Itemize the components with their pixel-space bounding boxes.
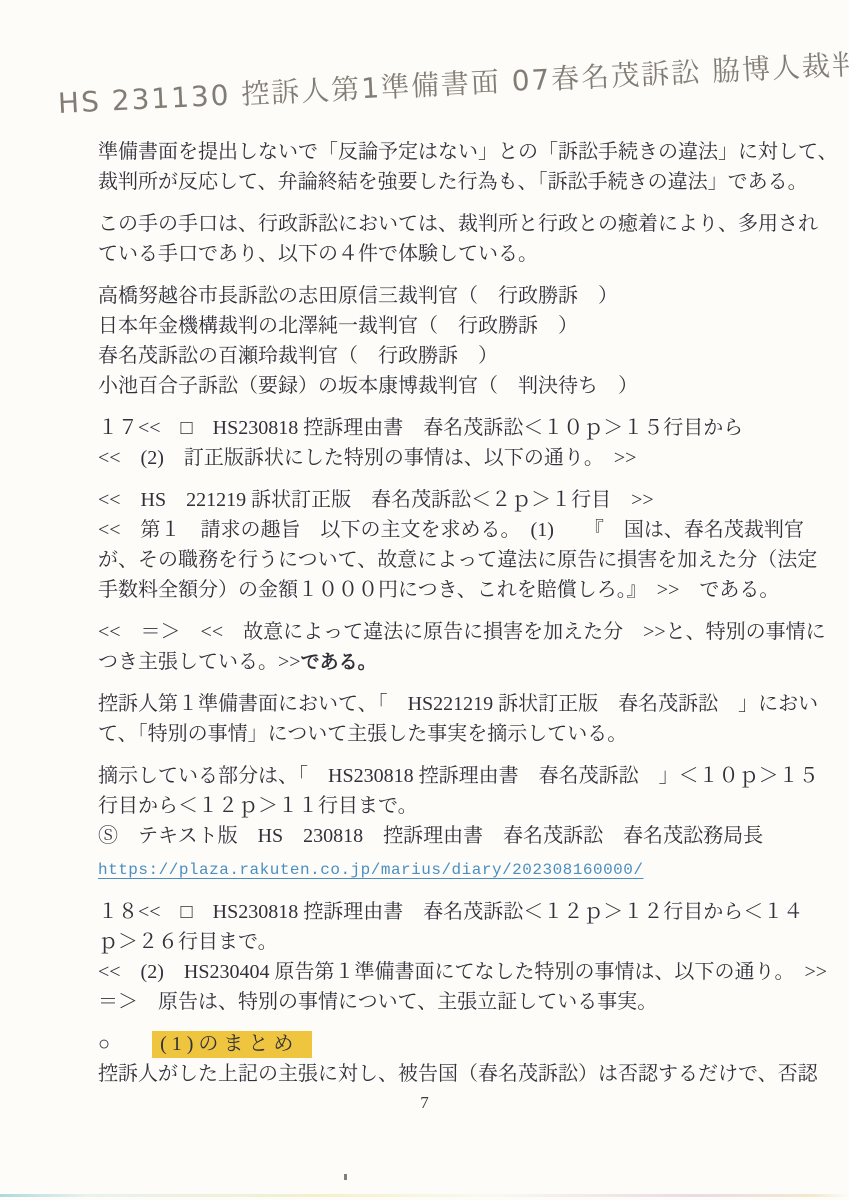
case-list: 高橋努越谷市長訴訟の志田原信三裁判官（ 行政勝訴 ） 日本年金機構裁判の北澤純一…: [98, 281, 790, 401]
paragraph-tactic: この手の手口は、行政訴訟においては、裁判所と行政との癒着により、多用され ている…: [98, 209, 790, 269]
document-body: 準備書面を提出しないで「反論予定はない」との「訴訟手続きの違法」に対して、 裁判…: [98, 137, 790, 1101]
excerpt-reference-block: 摘示している部分は、「 HS230818 控訴理由書 春名茂訴訟 」＜１０ｐ＞１…: [98, 761, 790, 885]
summary-block: ○(1)のまとめ 控訴人がした上記の主張に対し、被告国（春名茂訴訟）は否認するだ…: [98, 1029, 790, 1089]
text-line: つき主張している。>>である。: [98, 647, 790, 677]
text-version-line: Ⓢ テキスト版 HS 230818 控訴理由書 春名茂訴訟 春名茂訟務局長: [98, 821, 790, 851]
scan-edge-artifact: [0, 1194, 849, 1197]
case-list-item: 高橋努越谷市長訴訟の志田原信三裁判官（ 行政勝訴 ）: [98, 281, 790, 311]
text-segment: つき主張している。>>: [98, 651, 301, 673]
reference-link[interactable]: https://plaza.rakuten.co.jp/marius/diary…: [98, 861, 643, 879]
case-list-item: 日本年金機構裁判の北澤純一裁判官（ 行政勝訴 ）: [98, 311, 790, 341]
page-number: 7: [0, 1093, 849, 1113]
text-line: 手数料全額分）の金額１０００円につき、これを賠償しろ。』 >> である。: [98, 575, 790, 605]
case-list-item: 小池百合子訴訟（要録）の坂本康博裁判官（ 判決待ち ）: [98, 371, 790, 401]
text-line: １７<< □ HS230818 控訴理由書 春名茂訴訟＜１０ｐ＞１５行目から: [98, 413, 790, 443]
handwritten-header: HS 231130 控訴人第1準備書面 07春名茂訴訟 脇博人裁判官: [57, 45, 818, 122]
text-line: << (2) 訂正版訴状にした特別の事情は、以下の通り。 >>: [98, 443, 790, 473]
text-line: 準備書面を提出しないで「反論予定はない」との「訴訟手続きの違法」に対して、: [98, 137, 790, 167]
point-17-block: １７<< □ HS230818 控訴理由書 春名茂訴訟＜１０ｐ＞１５行目から <…: [98, 413, 790, 473]
text-line: ている手口であり、以下の４件で体験している。: [98, 239, 790, 269]
summary-body-line: 控訴人がした上記の主張に対し、被告国（春名茂訴訟）は否認するだけで、否認: [98, 1059, 790, 1089]
appellant-brief-paragraph: 控訴人第１準備書面において、「 HS221219 訴状訂正版 春名茂訴訟 」にお…: [98, 689, 790, 749]
highlighted-heading: (1)のまとめ: [152, 1031, 312, 1058]
text-line: ｐ＞２６行目まで。: [98, 927, 790, 957]
reference-link-line: https://plaza.rakuten.co.jp/marius/diary…: [98, 853, 790, 885]
case-list-item: 春名茂訴訟の百瀬玲裁判官（ 行政勝訴 ）: [98, 341, 790, 371]
text-line: １８<< □ HS230818 控訴理由書 春名茂訴訟＜１２ｐ＞１２行目から＜１…: [98, 897, 790, 927]
circle-marker: ○: [98, 1033, 110, 1055]
summary-heading: ○(1)のまとめ: [98, 1029, 790, 1059]
text-line: 摘示している部分は、「 HS230818 控訴理由書 春名茂訴訟 」＜１０ｐ＞１…: [98, 761, 790, 791]
paragraph-procedure-violation: 準備書面を提出しないで「反論予定はない」との「訴訟手続きの違法」に対して、 裁判…: [98, 137, 790, 197]
text-line: 裁判所が反応して、弁論終結を強要した行為も、「訴訟手続きの違法」である。: [98, 167, 790, 197]
point-18-block: １８<< □ HS230818 控訴理由書 春名茂訴訟＜１２ｐ＞１２行目から＜１…: [98, 897, 790, 1017]
text-line: << (2) HS230404 原告第１準備書面にてなした特別の事情は、以下の通…: [98, 957, 790, 987]
text-line: て、「特別の事情」について主張した事実を摘示している。: [98, 719, 790, 749]
petition-quote-block: << HS 221219 訴状訂正版 春名茂訴訟＜２ｐ＞１行目 >> << 第１…: [98, 485, 790, 605]
text-line: << ＝＞ << 故意によって違法に原告に損害を加えた分 >>と、特別の事情に: [98, 617, 790, 647]
text-line: ＝＞ 原告は、特別の事情について、主張立証している事実。: [98, 987, 790, 1017]
text-line: 行目から＜１２ｐ＞１１行目まで。: [98, 791, 790, 821]
scanned-document-page: HS 231130 控訴人第1準備書面 07春名茂訴訟 脇博人裁判官 準備書面を…: [0, 0, 849, 1200]
scan-speck-artifact: [344, 1174, 347, 1180]
text-line: が、その職務を行うについて、故意によって違法に原告に損害を加えた分（法定: [98, 545, 790, 575]
text-line: この手の手口は、行政訴訟においては、裁判所と行政との癒着により、多用され: [98, 209, 790, 239]
text-line: 控訴人第１準備書面において、「 HS221219 訴状訂正版 春名茂訴訟 」にお…: [98, 689, 790, 719]
conclusion-quote-block: << ＝＞ << 故意によって違法に原告に損害を加えた分 >>と、特別の事情に …: [98, 617, 790, 677]
emphasized-text: である。: [301, 651, 377, 673]
text-line: << HS 221219 訴状訂正版 春名茂訴訟＜２ｐ＞１行目 >>: [98, 485, 790, 515]
text-line: << 第１ 請求の趣旨 以下の主文を求める。 (1) 『 国は、春名茂裁判官: [98, 515, 790, 545]
